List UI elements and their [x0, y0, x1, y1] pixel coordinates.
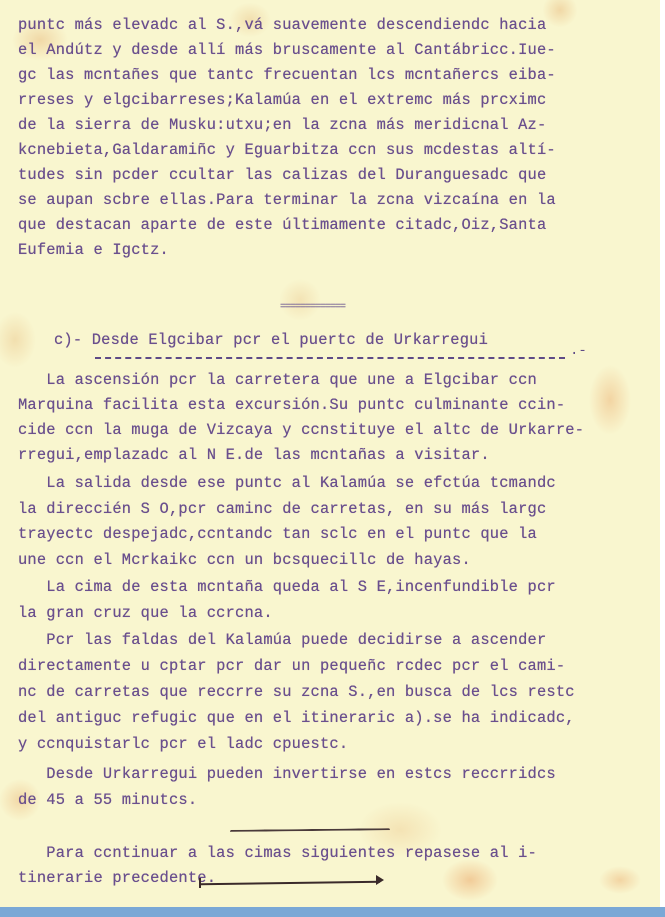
text-line: gc las mcntañes que tantc frecuentan lcs… [18, 65, 556, 85]
text-line: Para ccntinuar a las cimas siguientes re… [18, 843, 537, 863]
handwritten-scribble [230, 828, 390, 836]
text-line: Eufemia e Igctz. [18, 240, 169, 260]
text-line: del antiguc refugic que en el itineraric… [18, 708, 575, 728]
section-heading: c)- Desde Elgcibar pcr el puertc de Urka… [54, 330, 488, 350]
text-line: que destacan aparte de este últimamente … [18, 215, 546, 235]
text-line: La ascensión pcr la carretera que une a … [18, 370, 537, 390]
handwritten-arrow [200, 881, 380, 886]
text-line: se aupan scbre ellas.Para terminar la zc… [18, 190, 556, 210]
text-line: la gran cruz que la ccrcna. [18, 603, 273, 623]
arrow-head-icon [376, 875, 384, 885]
text-line: la direccién S O,pcr caminc de carretas,… [18, 499, 546, 519]
heading-suffix: .- [570, 343, 587, 359]
text-line: rreses y elgcibarreses;Kalamúa en el ext… [18, 90, 546, 110]
text-line: cide ccn la muga de Vizcaya y ccnstituye… [18, 420, 584, 440]
text-line: directamente u cptar pcr dar un pequeñc … [18, 656, 565, 676]
text-line: tinerarie precedente. [18, 868, 216, 888]
text-line: tudes sin pcder ccultar las calizas del … [18, 165, 546, 185]
bottom-bar [0, 907, 665, 917]
text-line: La salida desde ese puntc al Kalamúa se … [18, 473, 556, 493]
section-separator: ============= [280, 302, 345, 313]
text-line: de la sierra de Musku:utxu;en la zcna má… [18, 115, 546, 135]
text-line: La cima de esta mcntaña queda al S E,inc… [18, 577, 556, 597]
text-line: kcnebieta,Galdaramiñc y Eguarbitza ccn s… [18, 140, 556, 160]
text-line: trayectc despejadc,ccntandc tan sclc en … [18, 524, 537, 544]
text-line: Marquina facilita esta excursión.Su punt… [18, 395, 565, 415]
text-line: nc de carretas que reccrre su zcna S.,en… [18, 682, 575, 702]
text-line: y ccnquistarlc pcr el ladc cpuestc. [18, 734, 348, 754]
heading-underline [95, 357, 565, 359]
text-line: une ccn el Mcrkaikc ccn un bcsquecillc d… [18, 550, 471, 570]
text-line: el Andútz y desde allí más bruscamente a… [18, 40, 556, 60]
scanned-page: puntc más elevadc al S.,vá suavemente de… [0, 0, 660, 907]
text-line: Desde Urkarregui pueden invertirse en es… [18, 764, 556, 784]
text-line: puntc más elevadc al S.,vá suavemente de… [18, 15, 546, 35]
text-line: de 45 a 55 minutcs. [18, 790, 197, 810]
text-line: rregui,emplazadc al N E.de las mcntañas … [18, 445, 490, 465]
text-line: Pcr las faldas del Kalamúa puede decidir… [18, 630, 546, 650]
